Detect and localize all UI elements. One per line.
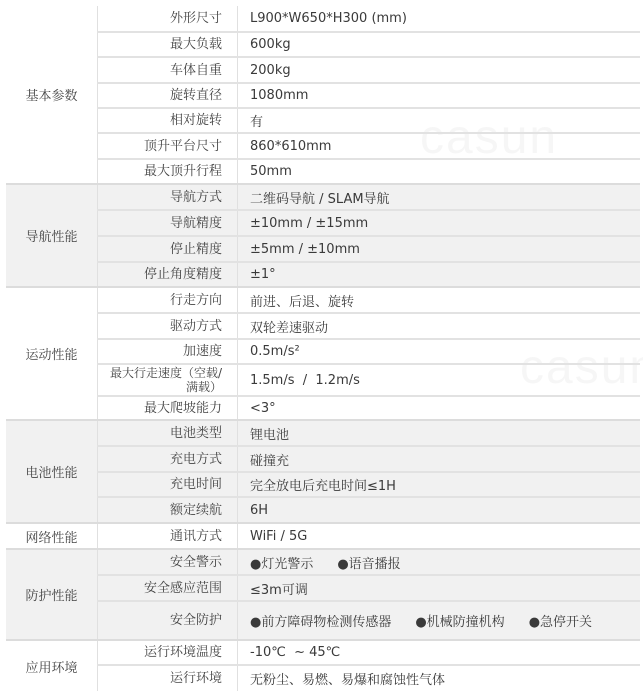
table-row: 车体自重 200kg xyxy=(6,57,640,83)
table-row: 应用环境 运行环境温度 -10℃ ~ 45℃ xyxy=(6,640,640,665)
bullet-item: ●急停开关 xyxy=(529,611,592,630)
table-row: 运行环境 无粉尘、易燃、易爆和腐蚀性气体 xyxy=(6,665,640,691)
row-label: 驱动方式 xyxy=(98,313,238,339)
row-label: 外形尺寸 xyxy=(98,6,238,32)
table-row: 充电时间 完全放电后充电时间≤1H xyxy=(6,472,640,497)
row-label: 相对旋转 xyxy=(98,108,238,133)
row-label: 安全防护 xyxy=(98,601,238,640)
row-value: ●灯光警示●语音播报 xyxy=(238,549,641,575)
row-label: 顶升平台尺寸 xyxy=(98,133,238,159)
table-row: 额定续航 6H xyxy=(6,497,640,523)
table-row: 电池性能 电池类型 锂电池 xyxy=(6,420,640,446)
bullet-item: ●前方障碍物检测传感器 xyxy=(250,611,391,630)
spec-table: 基本参数 外形尺寸 L900*W650*H300 (mm) 最大负载 600kg… xyxy=(6,6,640,691)
group-label: 运动性能 xyxy=(6,287,98,420)
row-label: 安全感应范围 xyxy=(98,575,238,601)
row-label: 停止角度精度 xyxy=(98,262,238,287)
row-label: 车体自重 xyxy=(98,57,238,83)
row-value: 200kg xyxy=(238,57,641,83)
group-label: 导航性能 xyxy=(6,184,98,287)
row-value: -10℃ ~ 45℃ xyxy=(238,640,641,665)
row-value: 双轮差速驱动 xyxy=(238,313,641,339)
bullet-item: ●语音播报 xyxy=(337,553,400,572)
table-row: 加速度 0.5m/s² xyxy=(6,339,640,364)
row-value: ●前方障碍物检测传感器●机械防撞机构●急停开关 xyxy=(238,601,641,640)
table-row: 基本参数 外形尺寸 L900*W650*H300 (mm) xyxy=(6,6,640,32)
row-value: 二维码导航 / SLAM导航 xyxy=(238,184,641,210)
row-value: ±10mm / ±15mm xyxy=(238,210,641,236)
table-row: 停止角度精度 ±1° xyxy=(6,262,640,287)
row-value: 6H xyxy=(238,497,641,523)
table-row: 旋转直径 1080mm xyxy=(6,83,640,108)
row-label: 最大顶升行程 xyxy=(98,159,238,184)
bullet-item: ●机械防撞机构 xyxy=(415,611,504,630)
table-row: 驱动方式 双轮差速驱动 xyxy=(6,313,640,339)
table-row: 安全防护 ●前方障碍物检测传感器●机械防撞机构●急停开关 xyxy=(6,601,640,640)
table-row: 网络性能 通讯方式 WiFi / 5G xyxy=(6,523,640,549)
table-row: 导航精度 ±10mm / ±15mm xyxy=(6,210,640,236)
row-value: 有 xyxy=(238,108,641,133)
row-label: 加速度 xyxy=(98,339,238,364)
row-label: 旋转直径 xyxy=(98,83,238,108)
group-label: 防护性能 xyxy=(6,549,98,640)
group-label: 电池性能 xyxy=(6,420,98,523)
row-label: 电池类型 xyxy=(98,420,238,446)
table-row: 运动性能 行走方向 前进、后退、旋转 xyxy=(6,287,640,313)
row-value: 600kg xyxy=(238,32,641,57)
table-row: 停止精度 ±5mm / ±10mm xyxy=(6,236,640,262)
row-value: ±1° xyxy=(238,262,641,287)
row-value: WiFi / 5G xyxy=(238,523,641,549)
row-label: 通讯方式 xyxy=(98,523,238,549)
row-value: ±5mm / ±10mm xyxy=(238,236,641,262)
row-label: 最大爬坡能力 xyxy=(98,396,238,420)
row-value: <3° xyxy=(238,396,641,420)
table-row: 最大负载 600kg xyxy=(6,32,640,57)
row-value: 完全放电后充电时间≤1H xyxy=(238,472,641,497)
row-value: 1.5m/s / 1.2m/s xyxy=(238,364,641,396)
row-value: ≤3m可调 xyxy=(238,575,641,601)
table-row: 最大顶升行程 50mm xyxy=(6,159,640,184)
table-row: 导航性能 导航方式 二维码导航 / SLAM导航 xyxy=(6,184,640,210)
bullet-item: ●灯光警示 xyxy=(250,553,313,572)
row-label: 行走方向 xyxy=(98,287,238,313)
table-row: 充电方式 碰撞充 xyxy=(6,446,640,472)
row-label: 充电时间 xyxy=(98,472,238,497)
group-label: 应用环境 xyxy=(6,640,98,691)
row-label: 最大负载 xyxy=(98,32,238,57)
table-row: 最大爬坡能力 <3° xyxy=(6,396,640,420)
row-label: 运行环境温度 xyxy=(98,640,238,665)
table-row: 相对旋转 有 xyxy=(6,108,640,133)
row-value: 50mm xyxy=(238,159,641,184)
row-label: 额定续航 xyxy=(98,497,238,523)
row-label: 最大行走速度（空载/满载） xyxy=(98,364,238,396)
row-label: 停止精度 xyxy=(98,236,238,262)
table-row: 最大行走速度（空载/满载） 1.5m/s / 1.2m/s xyxy=(6,364,640,396)
table-row: 顶升平台尺寸 860*610mm xyxy=(6,133,640,159)
row-label: 导航精度 xyxy=(98,210,238,236)
row-value: 锂电池 xyxy=(238,420,641,446)
row-label: 运行环境 xyxy=(98,665,238,691)
table-row: 防护性能 安全警示 ●灯光警示●语音播报 xyxy=(6,549,640,575)
row-value: L900*W650*H300 (mm) xyxy=(238,6,641,32)
row-value: 860*610mm xyxy=(238,133,641,159)
row-value: 0.5m/s² xyxy=(238,339,641,364)
row-label: 充电方式 xyxy=(98,446,238,472)
row-value: 前进、后退、旋转 xyxy=(238,287,641,313)
row-value: 1080mm xyxy=(238,83,641,108)
row-label: 导航方式 xyxy=(98,184,238,210)
group-label: 网络性能 xyxy=(6,523,98,549)
table-row: 安全感应范围 ≤3m可调 xyxy=(6,575,640,601)
row-label: 安全警示 xyxy=(98,549,238,575)
group-label: 基本参数 xyxy=(6,6,98,184)
row-value: 无粉尘、易燃、易爆和腐蚀性气体 xyxy=(238,665,641,691)
row-value: 碰撞充 xyxy=(238,446,641,472)
